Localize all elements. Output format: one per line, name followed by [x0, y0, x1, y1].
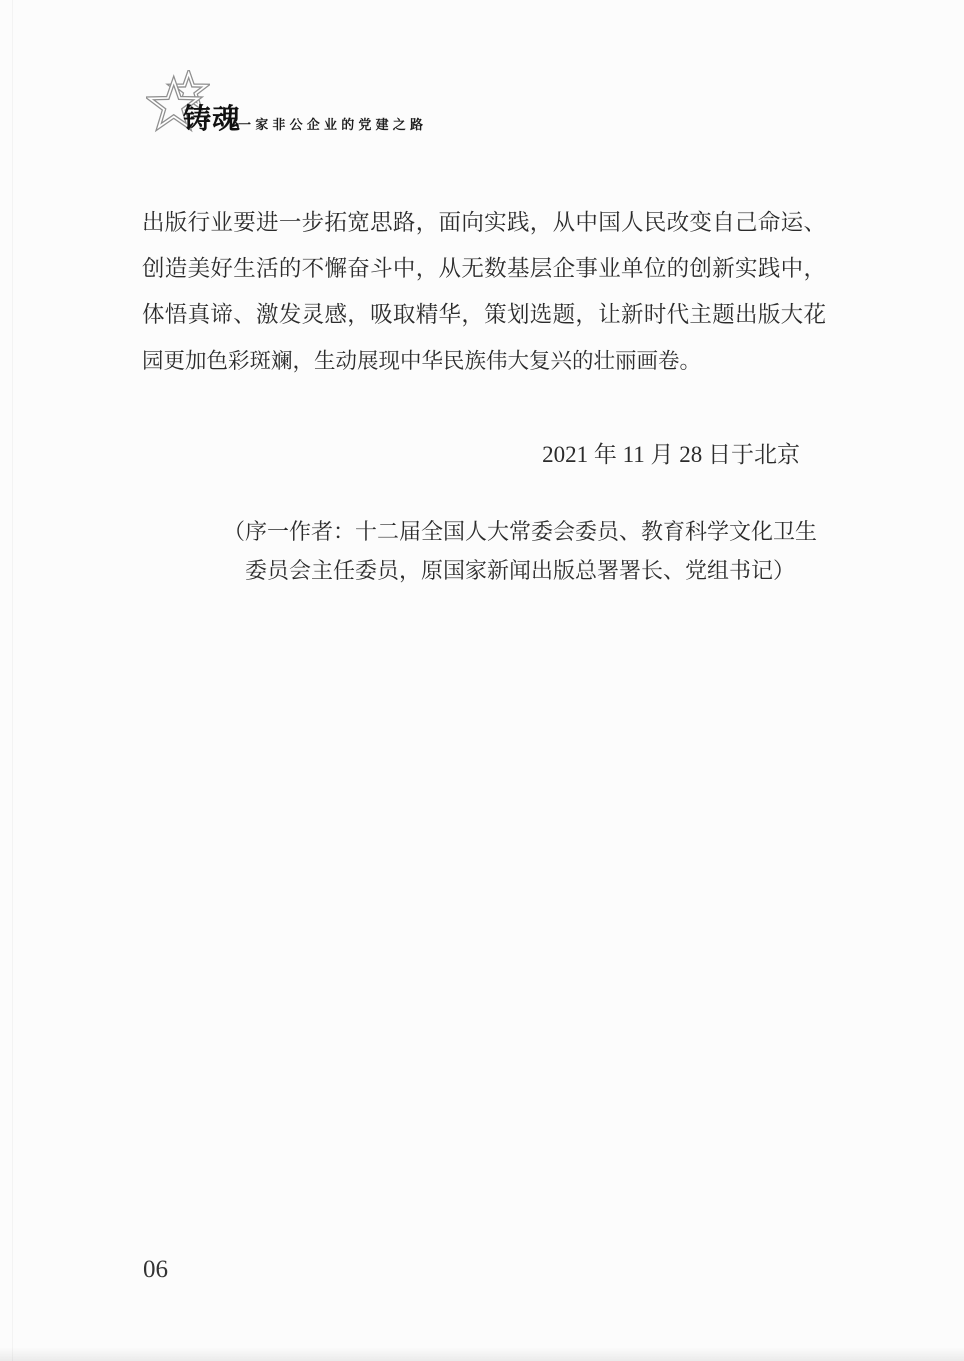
logo-subtitle: 一家非公企业的党建之路: [238, 114, 427, 133]
dateline: 2021 年 11 月 28 日于北京: [542, 432, 800, 478]
body-line-1: 出版行业要进一步拓宽思路，面向实践，从中国人民改变自己命运、: [142, 200, 826, 246]
body-line-4: 园更加色彩斑斓，生动展现中华民族伟大复兴的壮丽画卷。: [142, 338, 826, 384]
scan-edge-artifact: [12, 0, 13, 1361]
body-line-3: 体悟真谛、激发灵感，吸取精华，策划选题，让新时代主题出版大花: [142, 292, 826, 338]
attribution-line-2: 委员会主任委员，原国家新闻出版总署署长、党组书记）: [210, 551, 830, 590]
book-page: 铸魂 一家非公企业的党建之路 出版行业要进一步拓宽思路，面向实践，从中国人民改变…: [0, 0, 964, 1361]
body-line-2: 创造美好生活的不懈奋斗中，从无数基层企事业单位的创新实践中，: [142, 246, 826, 292]
body-paragraph: 出版行业要进一步拓宽思路，面向实践，从中国人民改变自己命运、 创造美好生活的不懈…: [142, 200, 826, 384]
page-bottom-shadow: [0, 1347, 964, 1361]
brand-logo: 铸魂 一家非公企业的党建之路: [146, 68, 466, 146]
logo-title: 铸魂: [183, 104, 241, 134]
attribution-line-1: （序一作者：十二届全国人大常委会委员、教育科学文化卫生: [210, 512, 830, 551]
author-attribution: （序一作者：十二届全国人大常委会委员、教育科学文化卫生 委员会主任委员，原国家新…: [210, 512, 830, 590]
page-number: 06: [143, 1256, 168, 1284]
